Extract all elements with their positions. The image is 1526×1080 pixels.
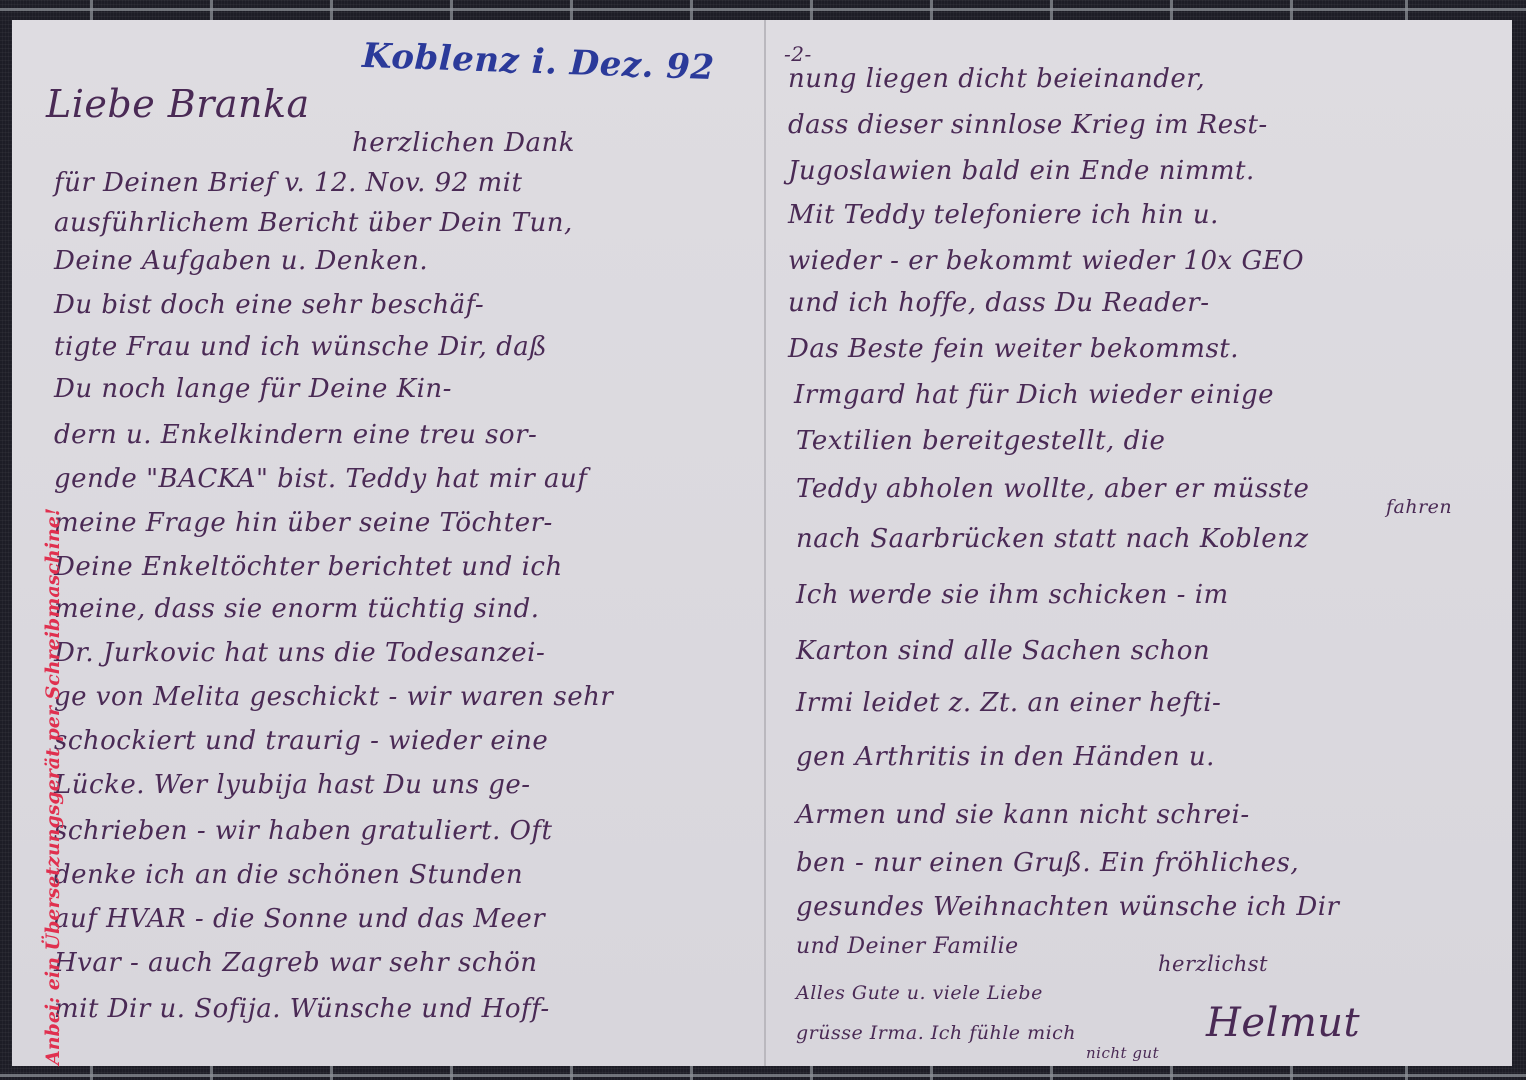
letter-line: und Deiner Familie: [796, 936, 1019, 958]
letter-line: herzlichen Dank: [352, 130, 575, 156]
letter-line: ben - nur einen Gruß. Ein fröhliches,: [796, 850, 1299, 876]
postscript-line: Alles Gute u. viele Liebe: [796, 982, 1043, 1004]
letter-line: Textilien bereitgestellt, die: [796, 428, 1165, 454]
letter-line: für Deinen Brief v. 12. Nov. 92 mit: [54, 170, 522, 196]
letter-line: tigte Frau und ich wünsche Dir, daß: [54, 334, 547, 360]
letter-line: denke ich an die schönen Stunden: [54, 862, 523, 888]
postscript-line: nicht gut: [1086, 1044, 1159, 1062]
margin-note: Anbei: ein Übersetzungsgerät per Schreib…: [42, 508, 64, 1065]
letter-line: Lücke. Wer lyubija hast Du uns ge-: [54, 772, 531, 798]
letter-line: gen Arthritis in den Händen u.: [796, 744, 1215, 770]
letter-line: Karton sind alle Sachen schon: [796, 638, 1210, 664]
letter-line: Teddy abholen wollte, aber er müsste: [796, 476, 1309, 502]
letter-line: dass dieser sinnlose Krieg im Rest-: [788, 112, 1268, 138]
letter-line: ge von Melita geschickt - wir waren sehr: [54, 684, 613, 710]
left-page: Koblenz i. Dez. 92 Liebe Branka herzlich…: [12, 20, 764, 1066]
letter-line: Jugoslawien bald ein Ende nimmt.: [788, 158, 1255, 184]
insertion-above: fahren: [1386, 496, 1452, 518]
letter-line: ausführlichem Bericht über Dein Tun,: [54, 210, 573, 236]
letter-line: mit Dir u. Sofija. Wünsche und Hoff-: [54, 996, 550, 1022]
letter-line: meine, dass sie enorm tüchtig sind.: [54, 596, 540, 622]
letter-line: Irmgard hat für Dich wieder einige: [794, 382, 1274, 408]
letter-line: Hvar - auch Zagreb war sehr schön: [54, 950, 538, 976]
letter-line: gesundes Weihnachten wünsche ich Dir: [796, 894, 1339, 920]
letter-card: Koblenz i. Dez. 92 Liebe Branka herzlich…: [12, 20, 1512, 1066]
dateline: Koblenz i. Dez. 92: [361, 36, 715, 88]
postscript-line: grüsse Irma. Ich fühle mich: [796, 1022, 1076, 1044]
letter-line: Deine Aufgaben u. Denken.: [54, 248, 428, 274]
letter-line: Du bist doch eine sehr beschäf-: [54, 292, 484, 318]
closing: herzlichst: [1158, 952, 1268, 976]
letter-line: wieder - er bekommt wieder 10x GEO: [788, 248, 1304, 274]
letter-line: Irmi leidet z. Zt. an einer hefti-: [796, 690, 1221, 716]
letter-line: auf HVAR - die Sonne und das Meer: [54, 906, 545, 932]
letter-line: meine Frage hin über seine Töchter-: [54, 510, 553, 536]
letter-line: nach Saarbrücken statt nach Koblenz: [796, 526, 1309, 552]
letter-line: Das Beste fein weiter bekommst.: [788, 336, 1239, 362]
letter-line: Armen und sie kann nicht schrei-: [796, 802, 1250, 828]
signature: Helmut: [1206, 1000, 1360, 1046]
page-number: -2-: [784, 42, 812, 66]
letter-line: schockiert und traurig - wieder eine: [54, 728, 548, 754]
letter-line: Deine Enkeltöchter berichtet und ich: [54, 554, 563, 580]
letter-line: Dr. Jurkovic hat uns die Todesanzei-: [54, 640, 545, 666]
letter-line: Mit Teddy telefoniere ich hin u.: [788, 202, 1219, 228]
letter-line: Du noch lange für Deine Kin-: [54, 376, 452, 402]
letter-line: Ich werde sie ihm schicken - im: [796, 582, 1229, 608]
right-page: -2- nung liegen dicht beieinander, dass …: [766, 20, 1512, 1066]
salutation: Liebe Branka: [46, 82, 310, 126]
letter-line: schrieben - wir haben gratuliert. Oft: [54, 818, 553, 844]
letter-line: dern u. Enkelkindern eine treu sor-: [54, 422, 537, 448]
letter-line: und ich hoffe, dass Du Reader-: [788, 290, 1210, 316]
letter-line: gende "BACKA" bist. Teddy hat mir auf: [54, 466, 587, 492]
letter-line: nung liegen dicht beieinander,: [788, 66, 1205, 92]
